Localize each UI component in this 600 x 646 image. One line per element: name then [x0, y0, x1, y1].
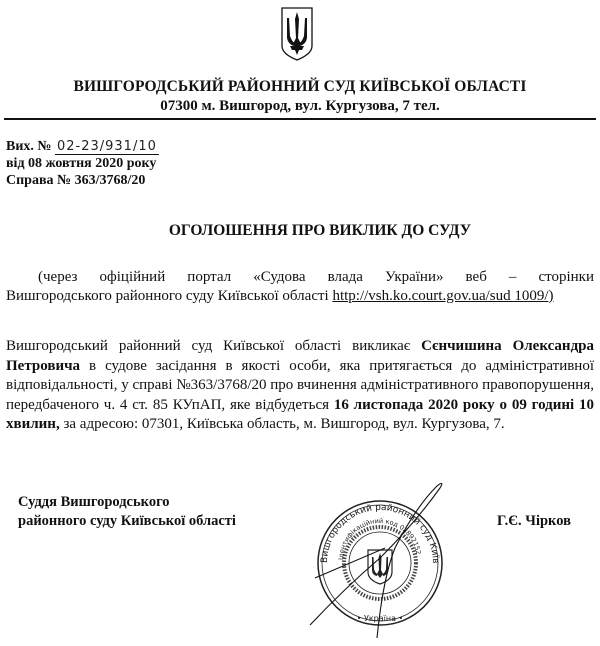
portal-note-line2: Вишгородського районного суду Київської …	[6, 287, 594, 306]
summons-text-part3: за адресою: 07301, Київська область, м. …	[60, 416, 505, 432]
outgoing-number-line: Вих. № 02-23/931/10	[6, 138, 159, 155]
court-address: 07300 м. Вишгород, вул. Кургузова, 7 тел…	[0, 98, 600, 115]
portal-note-text: Вишгородського районного суду Київської …	[6, 288, 332, 304]
header-divider	[4, 118, 596, 120]
outgoing-label: Вих. №	[6, 139, 51, 154]
summons-text-part1: Вишгородський районний суд Київської обл…	[6, 338, 421, 354]
outgoing-number-handwritten: 02-23/931/10	[55, 139, 159, 155]
judge-position: Суддя Вишгородського районного суду Київ…	[18, 493, 236, 531]
coat-of-arms-icon	[280, 6, 314, 62]
portal-note: (через офіційний портал «Судова влада Ук…	[6, 268, 594, 306]
portal-note-line1: (через офіційний портал «Судова влада Ук…	[6, 268, 594, 287]
announcement-title: ОГОЛОШЕННЯ ПРО ВИКЛИК ДО СУДУ	[0, 222, 600, 240]
case-number: Справа № 363/3768/20	[6, 172, 145, 189]
judge-position-line1: Суддя Вишгородського	[18, 493, 236, 512]
document-date: від 08 жовтня 2020 року	[6, 155, 156, 172]
court-seal-icon: Вишгородський районний суд Київської обл…	[305, 478, 455, 643]
court-name-heading: ВИШГОРОДСЬКИЙ РАЙОННИЙ СУД КИЇВСЬКОЇ ОБЛ…	[0, 78, 600, 96]
summons-body: Вишгородський районний суд Київської обл…	[6, 337, 594, 435]
judge-position-line2: районного суду Київської області	[18, 512, 236, 531]
judge-name: Г.Є. Чірков	[497, 513, 571, 530]
court-website-link[interactable]: http://vsh.ko.court.gov.ua/sud 1009/)	[332, 288, 553, 304]
